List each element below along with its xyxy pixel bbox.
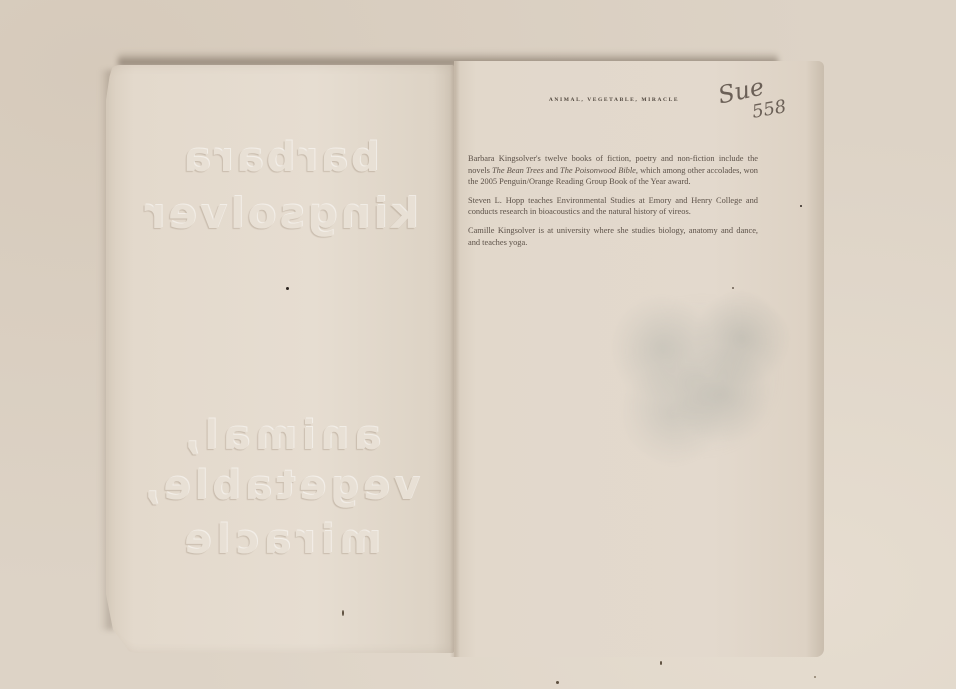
book-title: The Bean Trees [492,166,544,175]
author-bios: Barbara Kingsolver's twelve books of fic… [468,153,758,255]
left-page: barbara kingsolver animal, vegetable, mi… [106,65,454,653]
paper-speck [556,681,559,684]
open-book: barbara kingsolver animal, vegetable, mi… [106,61,824,661]
book-gutter [450,61,460,657]
show-through-text-title-3: miracle [106,517,454,563]
ink-dot [800,205,802,207]
show-through-text-title-1: animal, [106,413,454,459]
bio-steven-hopp: Steven L. Hopp teaches Environmental Stu… [468,195,758,218]
ink-dot [732,287,734,289]
bio-barbara-kingsolver: Barbara Kingsolver's twelve books of fic… [468,153,758,188]
faded-illustration [602,281,802,471]
show-through-text-author-first: barbara [106,135,454,181]
paper-speck [814,676,816,678]
book-title: The Poisonwood Bible [560,166,636,175]
right-page: ANIMAL, VEGETABLE, MIRACLE Sue 558 Barba… [454,61,824,657]
show-through-text-author-last: kingsolver [106,189,454,238]
show-through-text-title-2: vegetable, [106,463,454,509]
ink-dot [286,287,289,290]
paper-speck [342,610,344,616]
handwritten-number: 558 [750,96,787,123]
bio-camille-kingsolver: Camille Kingsolver is at university wher… [468,225,758,248]
paper-speck [660,661,662,665]
